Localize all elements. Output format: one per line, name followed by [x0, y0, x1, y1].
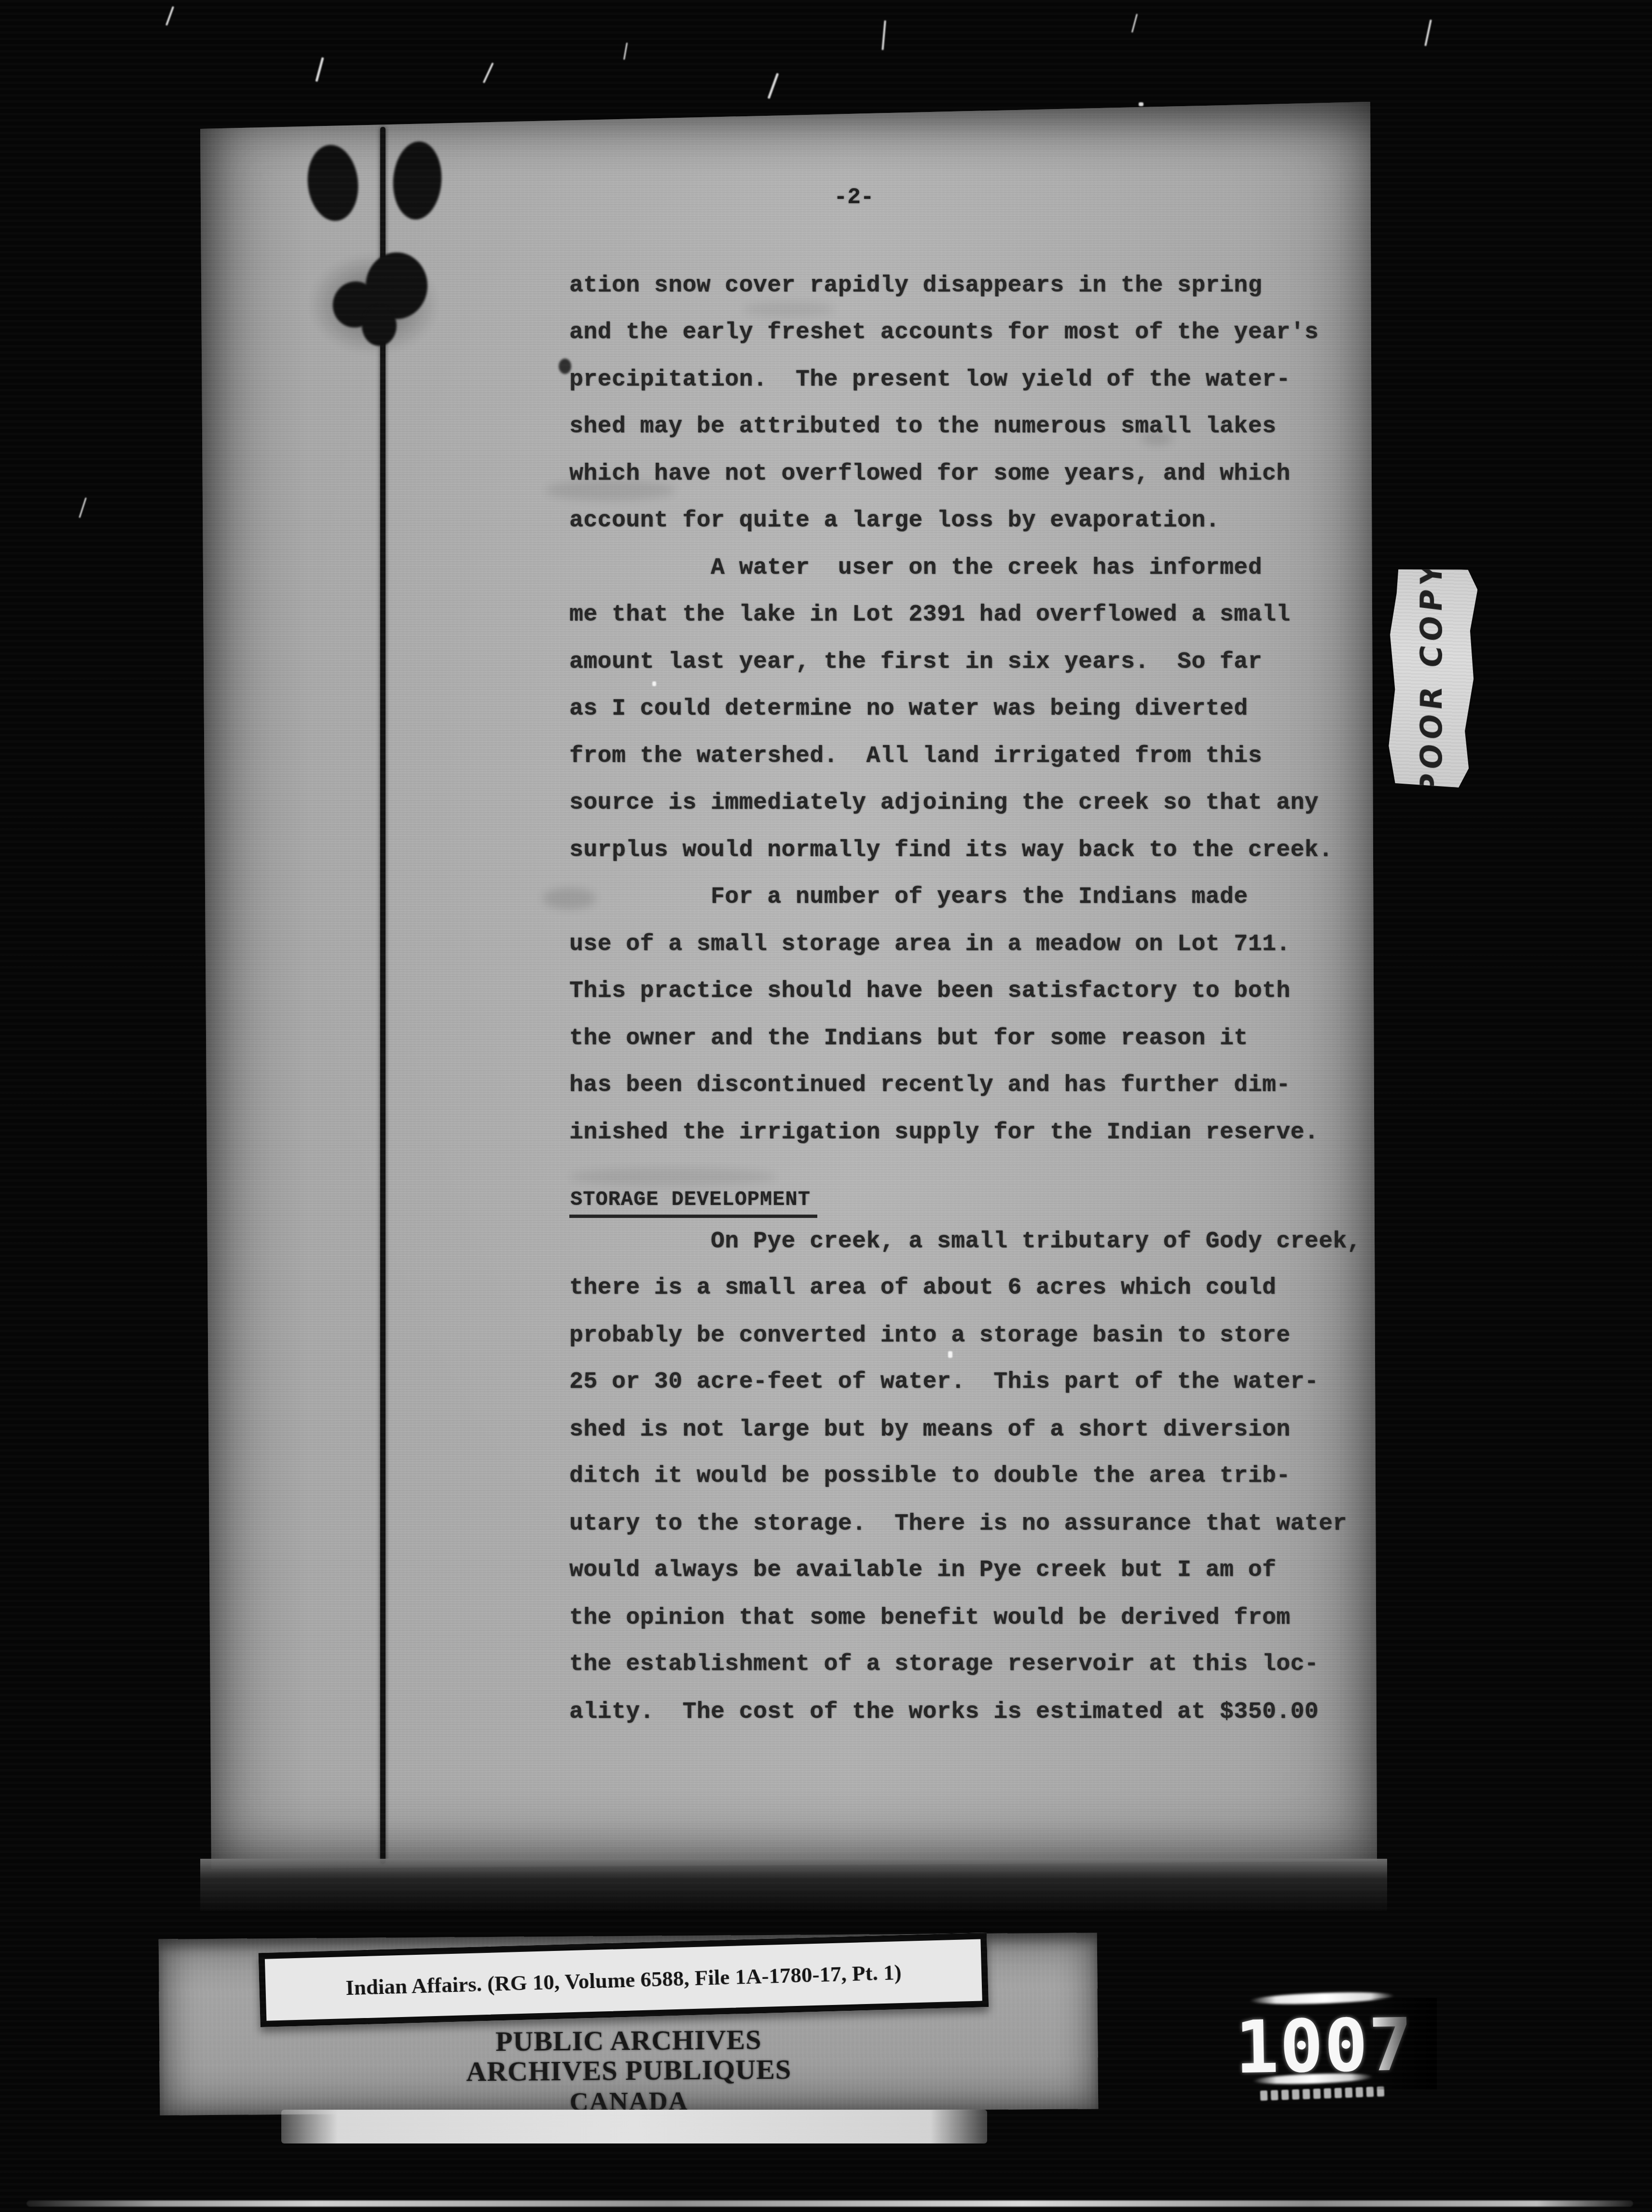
typed-line: For a number of years the Indians made — [569, 874, 1361, 921]
film-speck — [1139, 102, 1143, 106]
poor-copy-label: POOR COPY — [1414, 557, 1449, 798]
film-scratch — [623, 42, 628, 60]
typed-line: the establishment of a storage reservoir… — [569, 1641, 1361, 1688]
frame-bottom-line — [27, 2200, 1633, 2207]
ink-blot — [304, 142, 362, 223]
section-heading: STORAGE DEVELOPMENT — [569, 1188, 817, 1218]
typed-line: A water user on the creek has informed — [569, 545, 1361, 592]
typed-line: the opinion that some benefit would be d… — [569, 1595, 1361, 1642]
typed-text-block: ation snow cover rapidly disappears in t… — [569, 262, 1361, 1735]
heading-line: STORAGE DEVELOPMENT — [569, 1171, 1361, 1218]
archive-stamp: PUBLIC ARCHIVES ARCHIVES PUBLIQUES CANAD… — [159, 2022, 1098, 2121]
microfilm-frame: -2- ation snow cover rapidly disappears … — [0, 0, 1652, 2212]
typed-line: utary to the storage. There is no assura… — [569, 1501, 1361, 1548]
typed-line: surplus would normally find its way back… — [569, 827, 1361, 874]
poor-copy-tag: POOR COPY — [1385, 567, 1478, 788]
typed-line: ditch it would be possible to double the… — [569, 1453, 1361, 1500]
typed-line: shed may be attributed to the numerous s… — [569, 403, 1361, 451]
paragraph-block: On Pye creek, a small tributary of Gody … — [569, 1218, 1361, 1736]
paragraph-block: ation snow cover rapidly disappears in t… — [569, 262, 1361, 1156]
typed-line: as I could determine no water was being … — [569, 686, 1361, 733]
film-scratch — [315, 57, 324, 82]
binder-margin-line — [380, 127, 385, 1864]
counter-edge-shade — [1369, 1998, 1437, 2089]
film-splice-strip — [281, 2110, 987, 2143]
film-scratch — [1424, 19, 1432, 46]
typed-line: ality. The cost of the works is estimate… — [569, 1689, 1361, 1736]
film-scratch — [881, 20, 886, 50]
typed-line: inished the irrigation supply for the In… — [569, 1109, 1361, 1157]
typed-line: precipitation. The present low yield of … — [569, 357, 1361, 404]
typed-line: would always be available in Pye creek b… — [569, 1547, 1361, 1594]
page-number: -2- — [815, 185, 893, 210]
typed-line: which have not overflowed for some years… — [569, 451, 1361, 498]
typed-line: the owner and the Indians but for some r… — [569, 1015, 1361, 1063]
ink-blot — [362, 305, 397, 346]
ink-blot — [390, 140, 444, 221]
archival-reference-card: Indian Affairs. (RG 10, Volume 6588, Fil… — [159, 1933, 1099, 2115]
page-bottom-shadow — [200, 1859, 1387, 1911]
typed-line: amount last year, the first in six years… — [569, 639, 1361, 686]
film-scratch — [768, 73, 779, 99]
typed-line: This practice should have been satisfact… — [569, 968, 1361, 1015]
typed-line: there is a small area of about 6 acres w… — [569, 1265, 1361, 1312]
typed-line: has been discontinued recently and has f… — [569, 1062, 1361, 1109]
typed-line: from the watershed. All land irrigated f… — [569, 733, 1361, 780]
reference-label-box: Indian Affairs. (RG 10, Volume 6588, Fil… — [259, 1933, 989, 2027]
film-scratch — [1131, 14, 1138, 32]
film-speck — [652, 681, 656, 686]
scanned-page: -2- ation snow cover rapidly disappears … — [188, 99, 1394, 1880]
typed-line: me that the lake in Lot 2391 had overflo… — [569, 592, 1361, 639]
typed-line: probably be converted into a storage bas… — [569, 1313, 1361, 1360]
typed-line: 25 or 30 acre-feet of water. This part o… — [569, 1359, 1361, 1406]
film-scratch — [79, 498, 86, 518]
frame-counter: 1007 — [1225, 1988, 1432, 2104]
typed-line: shed is not large but by means of a shor… — [569, 1407, 1361, 1454]
typed-line: On Pye creek, a small tributary of Gody … — [569, 1218, 1361, 1266]
typed-line: ation snow cover rapidly disappears in t… — [569, 263, 1361, 310]
typed-line: use of a small storage area in a meadow … — [569, 921, 1361, 968]
film-speck — [948, 1351, 952, 1358]
film-scratch — [165, 6, 174, 26]
typed-line: source is immediately adjoining the cree… — [569, 780, 1361, 827]
film-scratch — [482, 62, 494, 83]
typed-line: account for quite a large loss by evapor… — [569, 498, 1361, 545]
typed-line: and the early freshet accounts for most … — [569, 309, 1361, 357]
reference-label: Indian Affairs. (RG 10, Volume 6588, Fil… — [345, 1960, 902, 2000]
